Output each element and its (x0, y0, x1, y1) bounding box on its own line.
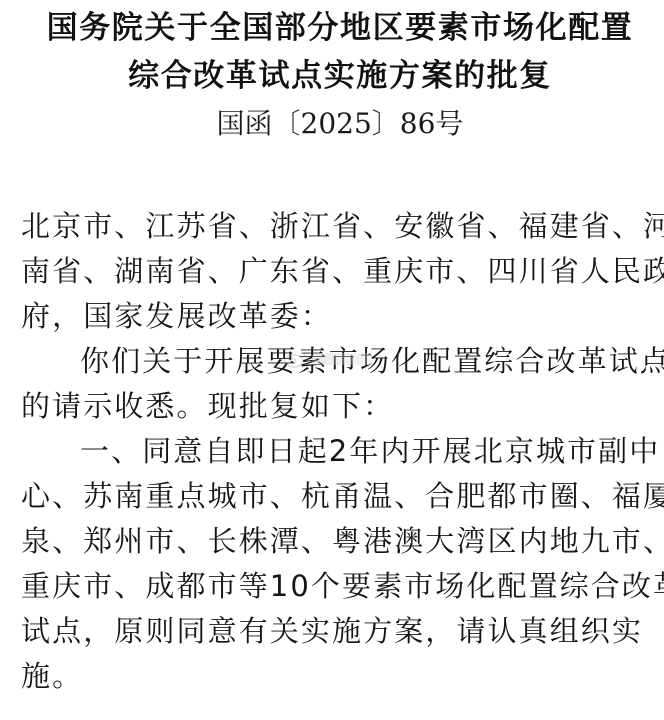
paragraph-line: 泉、郑州市、长株潭、粤港澳大湾区内地九市、 (21, 519, 661, 564)
document-title-line-2: 综合改革试点实施方案的批复 (0, 59, 664, 93)
paragraph-line: 试点，原则同意有关实施方案，请认真组织实 (21, 609, 661, 654)
document-body: 北京市、江苏省、浙江省、安徽省、福建省、河 南省、湖南省、广东省、重庆市、四川省… (21, 204, 661, 699)
paragraph-line: 心、苏南重点城市、杭甬温、合肥都市圈、福厦 (21, 474, 661, 519)
document-number: 国函〔2025〕86号 (0, 107, 664, 141)
document-title-line-1: 国务院关于全国部分地区要素市场化配置 (0, 11, 664, 45)
paragraph-line: 的请示收悉。现批复如下： (21, 384, 661, 429)
paragraph-line: 重庆市、成都市等10个要素市场化配置综合改革 (21, 564, 661, 609)
addressee-line: 北京市、江苏省、浙江省、安徽省、福建省、河 (21, 204, 661, 249)
paragraph-line: 你们关于开展要素市场化配置综合改革试点 (21, 339, 661, 384)
document-page: 国务院关于全国部分地区要素市场化配置 综合改革试点实施方案的批复 国函〔2025… (0, 0, 664, 720)
paragraph-line: 一、同意自即日起2年内开展北京城市副中 (21, 429, 661, 474)
addressee-line: 府，国家发展改革委： (21, 294, 661, 339)
paragraph-line: 施。 (21, 654, 661, 699)
addressee-line: 南省、湖南省、广东省、重庆市、四川省人民政 (21, 249, 661, 294)
